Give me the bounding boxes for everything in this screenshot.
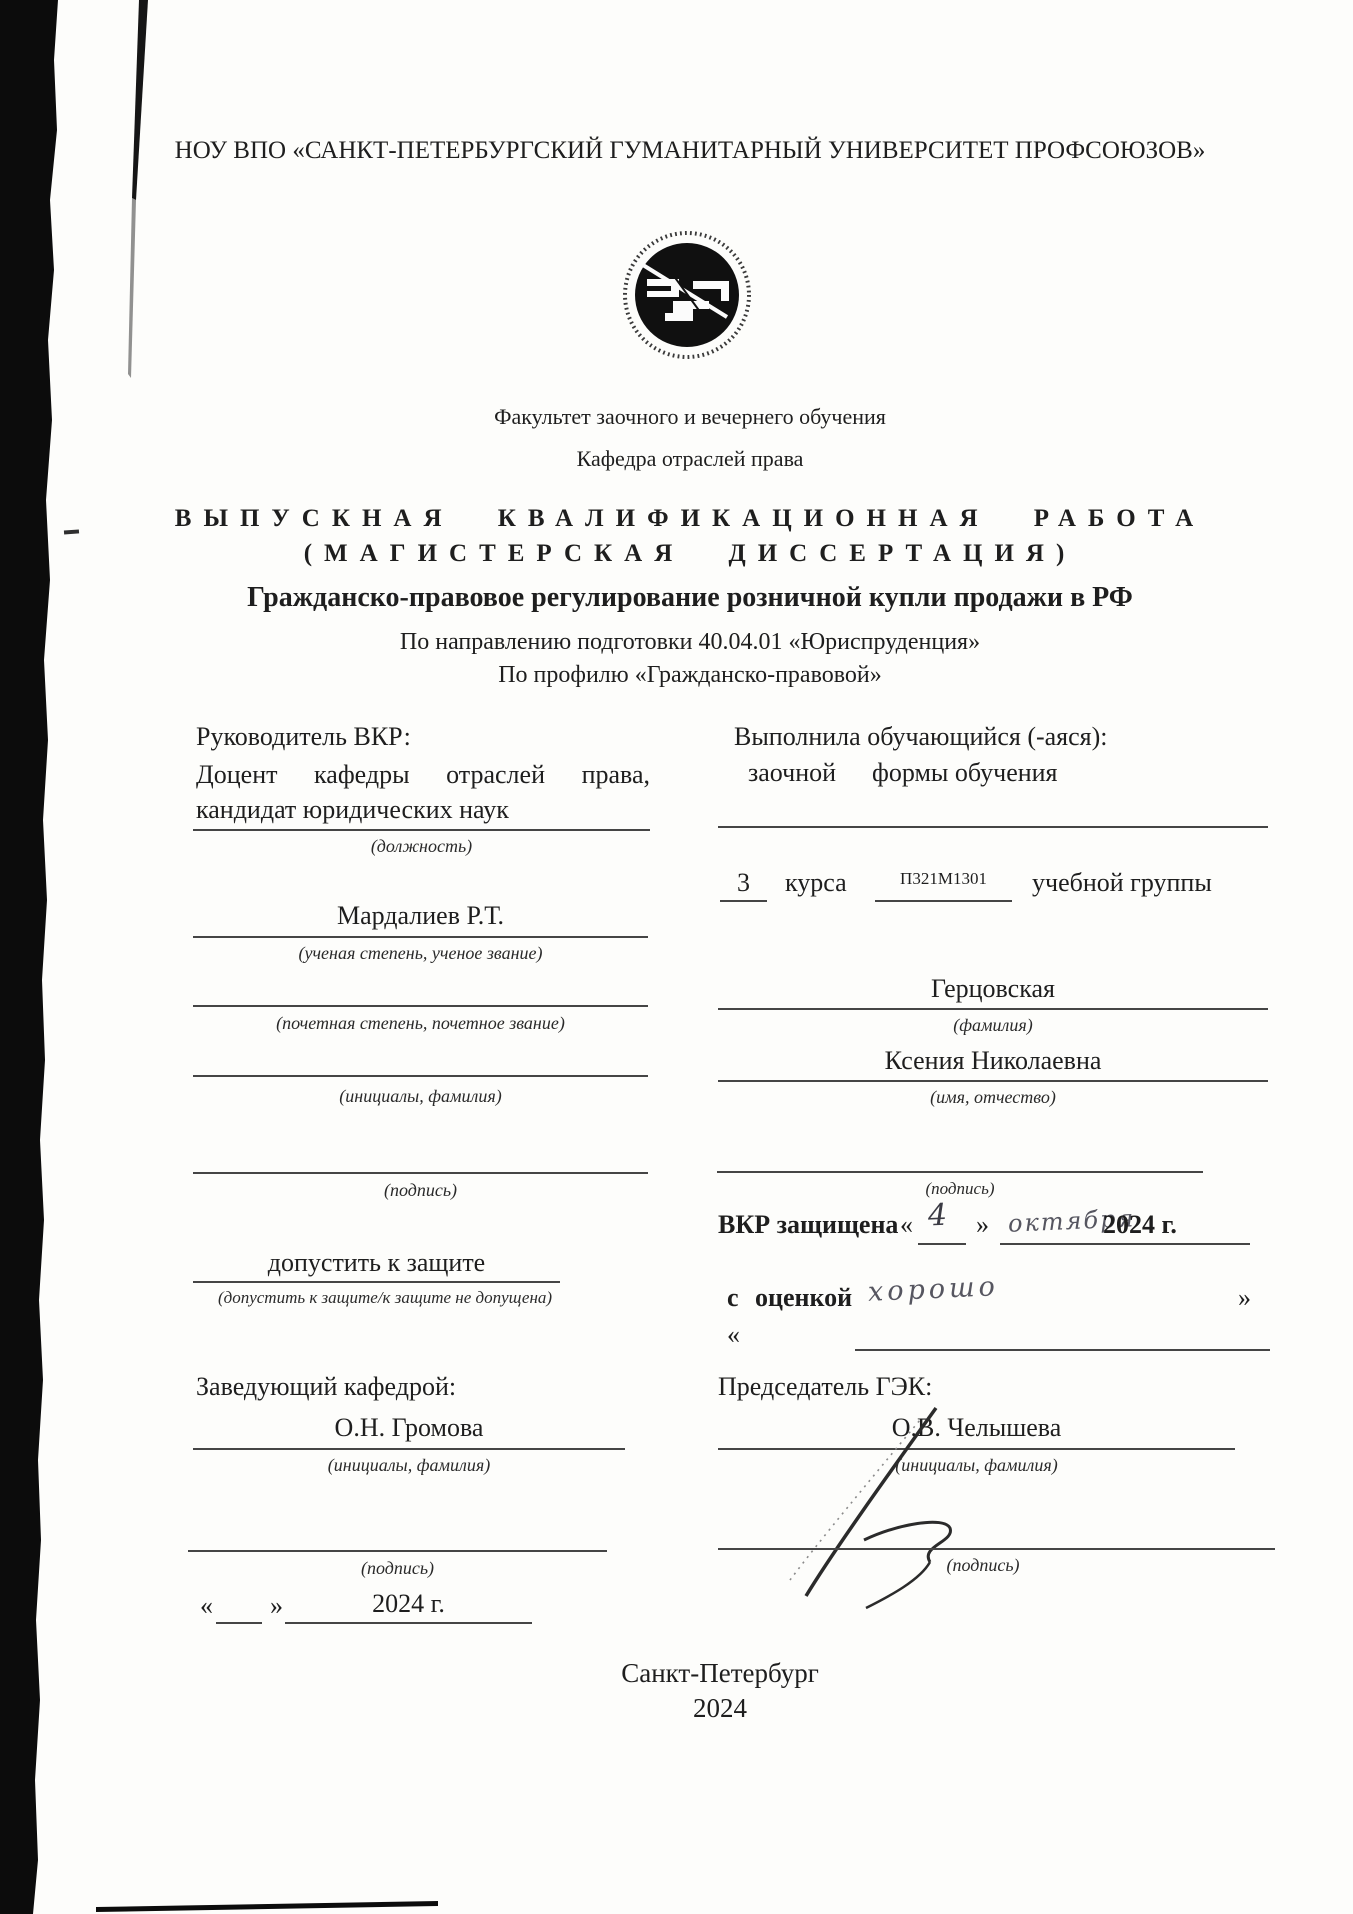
study-form-rule (718, 826, 1268, 828)
study-form-value: заочной (748, 758, 836, 788)
caption-position: (должность) (193, 836, 650, 857)
study-direction: По направлению подготовки 40.04.01 «Юрис… (180, 629, 1200, 657)
student-given-names: Ксения Николаевна (718, 1046, 1268, 1076)
study-profile: По профилю «Гражданско-правовой» (180, 662, 1200, 690)
caption-surname: (фамилия) (718, 1015, 1268, 1036)
supervisor-label: Руководитель ВКР: (196, 722, 411, 752)
position-rule (193, 829, 650, 831)
grade-quote-close: » (1238, 1283, 1251, 1313)
grade-label: с оценкой (727, 1283, 852, 1313)
head-department-name: О.Н. Громова (193, 1413, 625, 1443)
thesis-title-page: НОУ ВПО «САНКТ-ПЕТЕРБУРГСКИЙ ГУМАНИТАРНЫ… (0, 0, 1353, 1914)
footer-city: Санкт-Петербург (420, 1658, 1020, 1689)
defense-quote-open: « (900, 1210, 913, 1240)
defense-label: ВКР защищена (718, 1210, 898, 1240)
study-form-label: формы обучения (872, 758, 1058, 788)
given-names-rule (718, 1080, 1268, 1082)
defense-day-rule (918, 1243, 966, 1245)
department-name: Кафедра отраслей права (180, 446, 1200, 471)
date-year-rule (285, 1622, 532, 1624)
group-number: П321М1301 (875, 869, 1012, 889)
scan-bottom-edge-mark (0, 1898, 500, 1914)
work-subtype-heading: (МАГИСТЕРСКАЯ ДИССЕРТАЦИЯ) (100, 540, 1280, 569)
caption-head-initials: (инициалы, фамилия) (193, 1455, 625, 1476)
degree-rule (193, 936, 648, 938)
group-rule (875, 900, 1012, 902)
thesis-title: Гражданско-правовое регулирование рознич… (90, 582, 1290, 614)
defense-date-rule (1000, 1243, 1250, 1245)
work-type-heading: ВЫПУСКНАЯ КВАЛИФИКАЦИОННАЯ РАБОТА (100, 505, 1280, 534)
honorary-rule (193, 1005, 648, 1007)
head-signature-rule (188, 1550, 607, 1552)
grade-rule (855, 1349, 1270, 1351)
surname-rule (718, 1008, 1268, 1010)
university-seal-icon (614, 222, 760, 368)
faculty-name: Факультет заочного и вечернего обучения (180, 404, 1200, 429)
student-surname: Герцовская (718, 974, 1268, 1004)
course-word: курса (785, 868, 847, 898)
supervisor-signature-rule (193, 1172, 648, 1174)
date-quote-open: « (200, 1591, 213, 1621)
scan-crease-line (132, 0, 148, 200)
supervisor-name: Мардалиев Р.Т. (193, 901, 648, 931)
scan-speck (64, 529, 79, 534)
course-number: 3 (737, 868, 750, 898)
scan-binding-shadow (0, 0, 160, 1914)
footer-year: 2024 (420, 1693, 1020, 1724)
university-name: НОУ ВПО «САНКТ-ПЕТЕРБУРГСКИЙ ГУМАНИТАРНЫ… (130, 137, 1250, 166)
admission-decision: допустить к защите (193, 1248, 560, 1278)
student-label: Выполнила обучающийся (-аяся): (734, 722, 1108, 752)
chairman-signature-rule (718, 1548, 1275, 1550)
admission-rule (193, 1281, 560, 1283)
chairman-signature (768, 1388, 1038, 1618)
caption-supervisor-initials: (инициалы, фамилия) (193, 1086, 648, 1107)
head-initials-rule (193, 1448, 625, 1450)
course-rule (720, 900, 767, 902)
date-year: 2024 г. (285, 1589, 532, 1619)
grade-handwritten: хорошо (867, 1271, 999, 1308)
caption-student-signature: (подпись) (717, 1179, 1203, 1199)
caption-head-signature: (подпись) (188, 1558, 607, 1579)
caption-honorary: (почетная степень, почетное звание) (193, 1013, 648, 1034)
grade-quote-open: « (727, 1320, 740, 1350)
date-day-rule (216, 1622, 262, 1624)
caption-degree: (ученая степень, ученое звание) (193, 943, 648, 964)
group-word: учебной группы (1032, 868, 1212, 898)
defense-day-handwritten: 4 (927, 1198, 950, 1234)
supervisor-initials-rule (193, 1075, 648, 1077)
supervisor-position-line1: Доцент кафедры отраслей права, (196, 760, 650, 790)
caption-chairman-signature: (подпись) (740, 1555, 1226, 1576)
supervisor-position-line2: кандидат юридических наук (196, 795, 509, 825)
student-signature-rule (717, 1171, 1203, 1173)
caption-admission: (допустить к защите/к защите не допущена… (175, 1288, 595, 1308)
caption-supervisor-signature: (подпись) (193, 1180, 648, 1201)
defense-year: 2024 г. (1103, 1210, 1177, 1240)
defense-quote-close: » (976, 1210, 989, 1240)
caption-given-names: (имя, отчество) (718, 1087, 1268, 1108)
date-quote-close: » (270, 1591, 283, 1621)
head-department-label: Заведующий кафедрой: (196, 1372, 456, 1402)
